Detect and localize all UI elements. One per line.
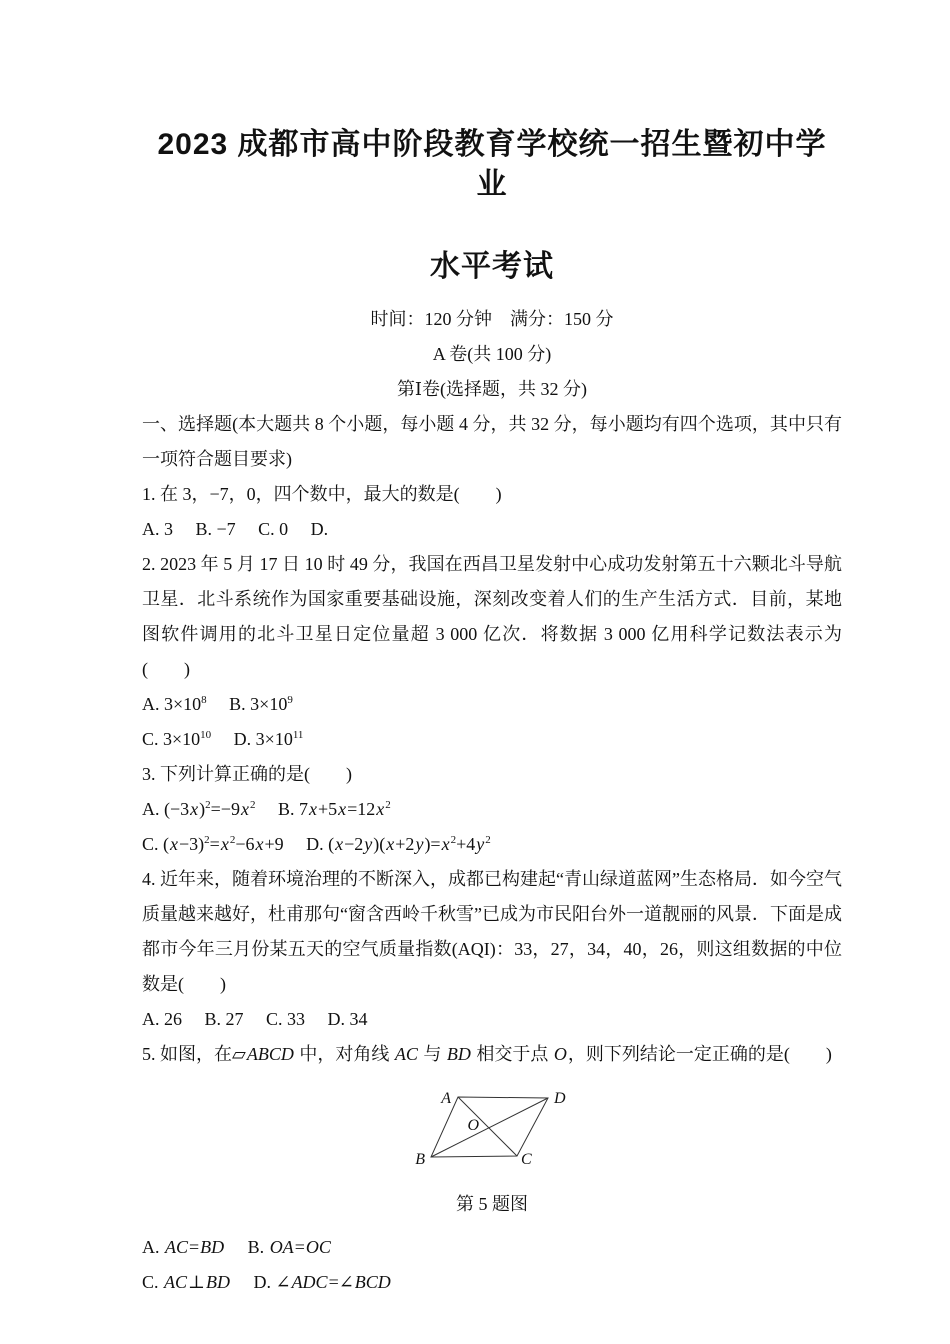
question-1-options: A. 3 B. −7 C. 0 D. [142, 512, 842, 547]
question-1-stem: 1. 在 3，−7，0，四个数中，最大的数是( ) [142, 477, 842, 512]
question-3: 3. 下列计算正确的是( ) A. (−3x)2=−9x2 B. 7x+5x=1… [142, 757, 842, 862]
question-5-figure: A D B C O 第 5 题图 [142, 1083, 842, 1222]
section-a-heading: A 卷(共 100 分) [142, 337, 842, 372]
question-4-stem: 4. 近年来，随着环境治理的不断深入，成都已构建起“青山绿道蓝网”生态格局．如今… [142, 862, 842, 1002]
question-5-options-cd: C. AC⊥BD D. ∠ADC=∠BCD [142, 1265, 842, 1300]
question-3-options-ab: A. (−3x)2=−9x2 B. 7x+5x=12x2 [142, 792, 842, 827]
question-5-stem: 5. 如图，在▱ABCD 中，对角线 AC 与 BD 相交于点 O，则下列结论一… [142, 1037, 842, 1072]
question-4: 4. 近年来，随着环境治理的不断深入，成都已构建起“青山绿道蓝网”生态格局．如今… [142, 862, 842, 1037]
question-5: 5. 如图，在▱ABCD 中，对角线 AC 与 BD 相交于点 O，则下列结论一… [142, 1037, 842, 1300]
exam-paper: 2023 成都市高中阶段教育学校统一招生暨初中学业 水平考试 时间：120 分钟… [0, 0, 950, 1344]
exam-meta: 时间：120 分钟 满分：150 分 [142, 302, 842, 337]
question-3-stem: 3. 下列计算正确的是( ) [142, 757, 842, 792]
question-5-options-ab: A. AC=BD B. OA=OC [142, 1230, 842, 1265]
exam-title-line2: 水平考试 [142, 247, 842, 287]
question-2-options-ab: A. 3×108 B. 3×109 [142, 687, 842, 722]
vertex-label-d: D [553, 1090, 566, 1107]
exam-title-line1: 2023 成都市高中阶段教育学校统一招生暨初中学业 [142, 125, 842, 205]
vertex-label-c: C [521, 1151, 532, 1168]
question-3-options-cd: C. (x−3)2=x2−6x+9 D. (x−2y)(x+2y)=x2+4y2 [142, 827, 842, 862]
parallelogram-diagram: A D B C O [403, 1083, 581, 1175]
figure-caption: 第 5 题图 [142, 1187, 842, 1222]
question-1: 1. 在 3，−7，0，四个数中，最大的数是( ) A. 3 B. −7 C. … [142, 477, 842, 547]
section-i-heading: 第Ⅰ卷(选择题，共 32 分) [142, 372, 842, 407]
vertex-label-a: A [440, 1090, 451, 1107]
question-2-stem: 2. 2023 年 5 月 17 日 10 时 49 分，我国在西昌卫星发射中心… [142, 547, 842, 687]
question-2-options-cd: C. 3×1010 D. 3×1011 [142, 722, 842, 757]
vertex-label-b: B [415, 1151, 425, 1168]
question-4-options: A. 26 B. 27 C. 33 D. 34 [142, 1002, 842, 1037]
choice-section-instruction: 一、选择题(本大题共 8 个小题，每小题 4 分，共 32 分，每小题均有四个选… [142, 407, 842, 477]
point-label-o: O [467, 1117, 479, 1134]
question-2: 2. 2023 年 5 月 17 日 10 时 49 分，我国在西昌卫星发射中心… [142, 547, 842, 757]
